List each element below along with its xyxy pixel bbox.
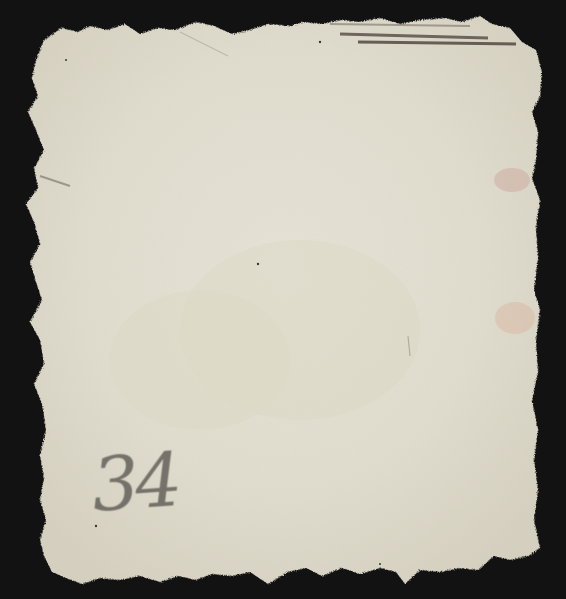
ink-frame-line <box>358 42 516 44</box>
speck <box>257 263 259 265</box>
photograph: 34 <box>0 0 566 599</box>
speck <box>65 59 67 61</box>
stain-spot <box>494 168 530 192</box>
speck <box>319 41 321 43</box>
paper-shadow <box>110 290 290 430</box>
stain-spot <box>495 302 535 334</box>
pencil-annotation: 34 <box>89 437 181 529</box>
speck <box>379 563 381 565</box>
stamp-back-svg <box>0 0 566 599</box>
